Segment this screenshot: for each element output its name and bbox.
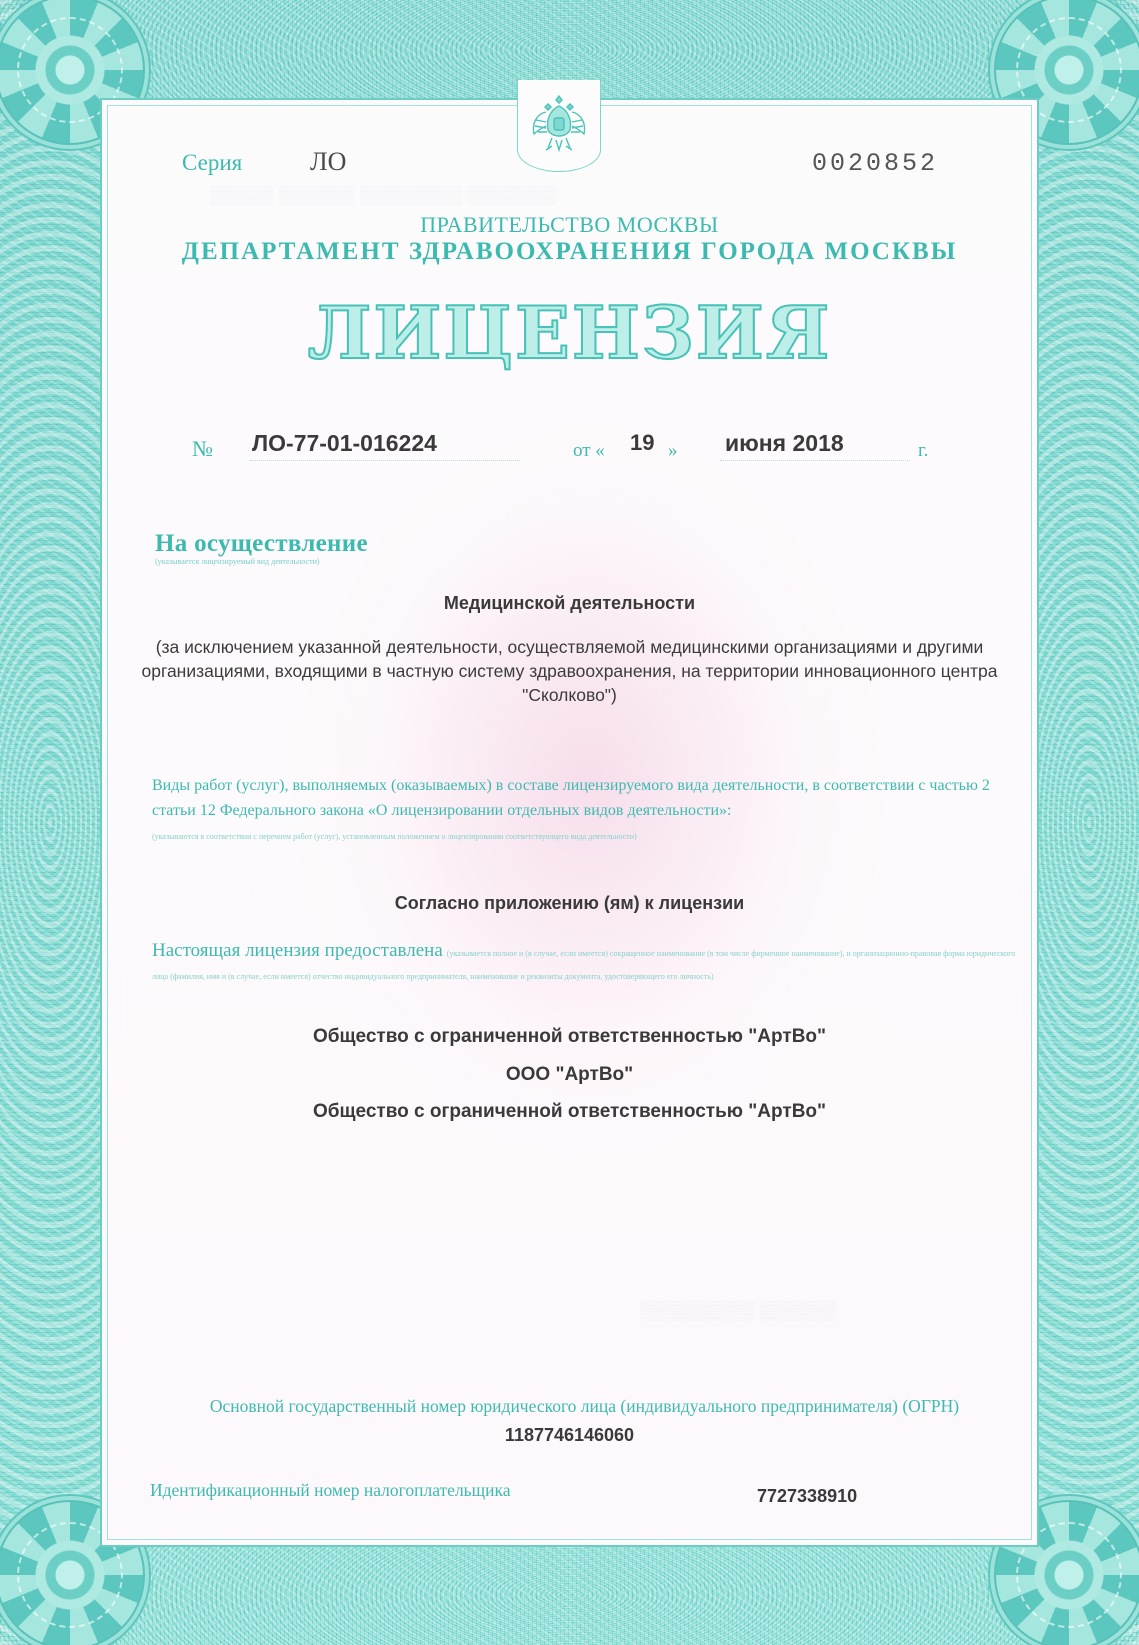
coat-of-arms-icon [517,80,601,172]
bleed-through-text: ▒▒▒▒▒ ▒▒▒▒▒▒ ▒▒▒▒▒▒▒▒ ▒▒▒▒▒▒▒ [210,185,557,206]
serial-number: 0020852 [812,149,938,178]
underline [720,460,910,461]
annex-reference: Согласно приложению (ям) к лицензии [0,893,1139,914]
series-value: ЛО [310,147,346,177]
ogrn-label: Основной государственный номер юридическ… [150,1396,1019,1417]
date-from-label: от « [573,440,605,462]
border-bottom [0,1545,1139,1645]
grantee-label: Настоящая лицензия предоставлена [152,940,443,961]
issuer-department: ДЕПАРТАМЕНТ ЗДРАВООХРАНЕНИЯ ГОРОДА МОСКВ… [0,238,1139,266]
activity-exclusion-note: (за исключением указанной деятельности, … [128,635,1011,707]
works-description: Виды работ (услуг), выполняемых (оказыва… [152,773,1014,823]
activity-heading: На осуществление [155,530,368,558]
organization-short-name: ООО "АртВо" [0,1064,1139,1086]
license-day: 19 [630,430,654,456]
date-quote-close: » [668,440,678,462]
grantee-block: Настоящая лицензия предоставлена (указыв… [152,940,1019,987]
inn-label: Идентификационный номер налогоплательщик… [150,1480,511,1501]
ogrn-value: 1187746146060 [0,1425,1139,1446]
series-label: Серия [182,150,242,176]
year-suffix: г. [918,440,928,462]
license-number: ЛО-77-01-016224 [252,430,437,457]
bleed-through-text: ▒▒▒▒▒▒▒▒▒ ▒▒▒▒▒▒ [640,1300,836,1321]
organization-full-name: Общество с ограниченной ответственностью… [0,1026,1139,1048]
issuer-government: ПРАВИТЕЛЬСТВО МОСКВЫ [0,212,1139,238]
license-month-year: июня 2018 [725,430,844,457]
works-hint: (указываются в соответствии с перечнем р… [152,832,637,841]
document-title: ЛИЦЕНЗИЯ [0,290,1139,375]
license-number-label: № [192,436,213,462]
inn-value: 7727338910 [757,1486,857,1507]
underline [250,460,520,461]
activity-hint: (указывается лицензируемый вид деятельно… [155,557,320,566]
organization-firm-name: Общество с ограниченной ответственностью… [0,1101,1139,1123]
activity-name: Медицинской деятельности [0,593,1139,614]
